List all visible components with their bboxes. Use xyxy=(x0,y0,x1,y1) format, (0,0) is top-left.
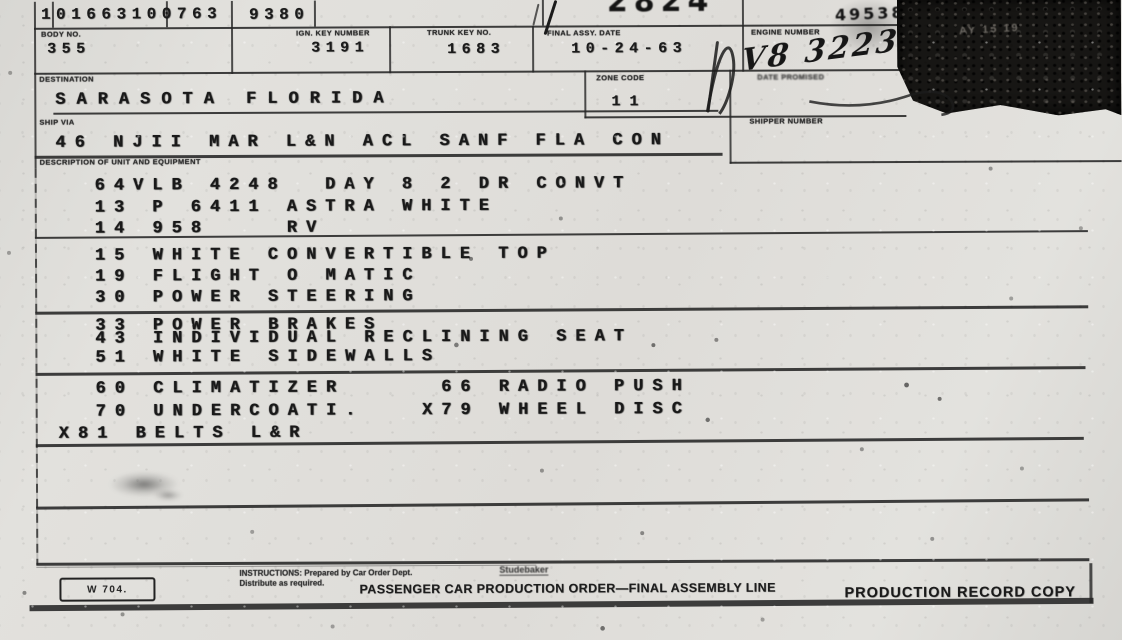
scanned-production-order-document: 101663100763 9380 2824 49538 AY 15 19 BO… xyxy=(0,0,1122,640)
form-rule xyxy=(314,1,316,27)
form-number: W 704. xyxy=(87,584,128,595)
final-assy-date-value: 10-24-63 xyxy=(571,41,687,57)
instructions-line-1: INSTRUCTIONS: Prepared by Car Order Dept… xyxy=(239,568,412,578)
body-left-border xyxy=(35,169,39,565)
option-line-15: 15 WHITE CONVERTIBLE TOP xyxy=(95,246,556,265)
trunk-key-value: 1683 xyxy=(447,42,505,57)
ign-key-value: 3191 xyxy=(311,40,369,55)
form-rule xyxy=(36,498,1089,509)
destination-underline xyxy=(53,110,718,115)
body-no-label: BODY NO. xyxy=(41,31,81,39)
zone-code-label: ZONE CODE xyxy=(596,74,644,82)
option-line-60: 60 CLIMATIZER 66 RADIO PUSH xyxy=(96,378,691,398)
option-line-51: 51 WHITE SIDEWALLS xyxy=(95,348,441,367)
stamp-clip: 2824 xyxy=(607,0,711,25)
form-rule xyxy=(730,160,1122,164)
form-rule xyxy=(36,565,536,568)
form-rule xyxy=(1089,563,1092,603)
ship-via-label: SHIP VIA xyxy=(39,119,74,127)
option-line-43: 43 INDIVIDUAL RECLINING SEAT xyxy=(95,328,633,347)
final-assy-date-label: FINAL ASSY. DATE xyxy=(547,29,621,37)
option-line-x81: X81 BELTS L&R xyxy=(59,425,309,443)
form-rule xyxy=(36,366,1086,375)
form-rule xyxy=(742,0,744,25)
stamped-number-a: 2824 xyxy=(607,0,711,17)
model-line: 64VLB 4248 DAY 8 2 DR CONVT xyxy=(95,175,633,194)
destination-value: SARASOTA FLORIDA xyxy=(55,90,394,108)
zone-code-value: 11 xyxy=(611,94,647,109)
trunk-key-label: TRUNK KEY NO. xyxy=(427,29,491,37)
shipper-number-label: SHIPPER NUMBER xyxy=(749,117,823,125)
option-line-70: 70 UNDERCOATI. X79 WHEEL DISC xyxy=(96,401,691,421)
ship-via-value: 46 NJII MAR L&N ACL SANF FLA CON xyxy=(55,132,670,152)
instructions-line-2: Distribute as required. xyxy=(239,579,324,589)
date-promised-label: DATE PROMISED xyxy=(757,73,824,81)
scan-smudge xyxy=(153,489,183,501)
trim-line: 14 958 RV xyxy=(95,220,325,238)
form-rule xyxy=(231,1,233,27)
handwriting-flourish xyxy=(689,23,989,119)
paint-line: 13 P 6411 ASTRA WHITE xyxy=(95,198,498,217)
form-rule xyxy=(532,26,534,73)
form-rule xyxy=(36,558,1089,565)
form-rule xyxy=(231,27,233,74)
serial-number: 101663100763 xyxy=(41,6,222,23)
form-number-box: W 704. xyxy=(59,577,155,601)
body-no-value: 355 xyxy=(47,42,91,57)
form-rule xyxy=(389,26,391,73)
ign-key-label: IGN. KEY NUMBER xyxy=(296,29,370,37)
pen-mark xyxy=(532,4,539,26)
form-rule xyxy=(542,0,544,26)
description-label: DESCRIPTION OF UNIT AND EQUIPMENT xyxy=(40,158,201,166)
scan-content: 101663100763 9380 2824 49538 AY 15 19 BO… xyxy=(0,0,1122,640)
destination-label: DESTINATION xyxy=(39,76,94,84)
stamped-number-b: 49538 xyxy=(835,5,906,24)
copy-type: PRODUCTION RECORD COPY xyxy=(844,584,1076,601)
form-title: PASSENGER CAR PRODUCTION ORDER—FINAL ASS… xyxy=(359,581,775,597)
option-line-30: 30 POWER STEERING xyxy=(95,288,422,306)
option-line-19: 19 FLIGHT O MATIC xyxy=(95,267,422,285)
sequence-number: 9380 xyxy=(249,7,309,23)
scan-noise-specks xyxy=(0,2,1,4)
brand-name: Studebaker xyxy=(499,565,548,576)
